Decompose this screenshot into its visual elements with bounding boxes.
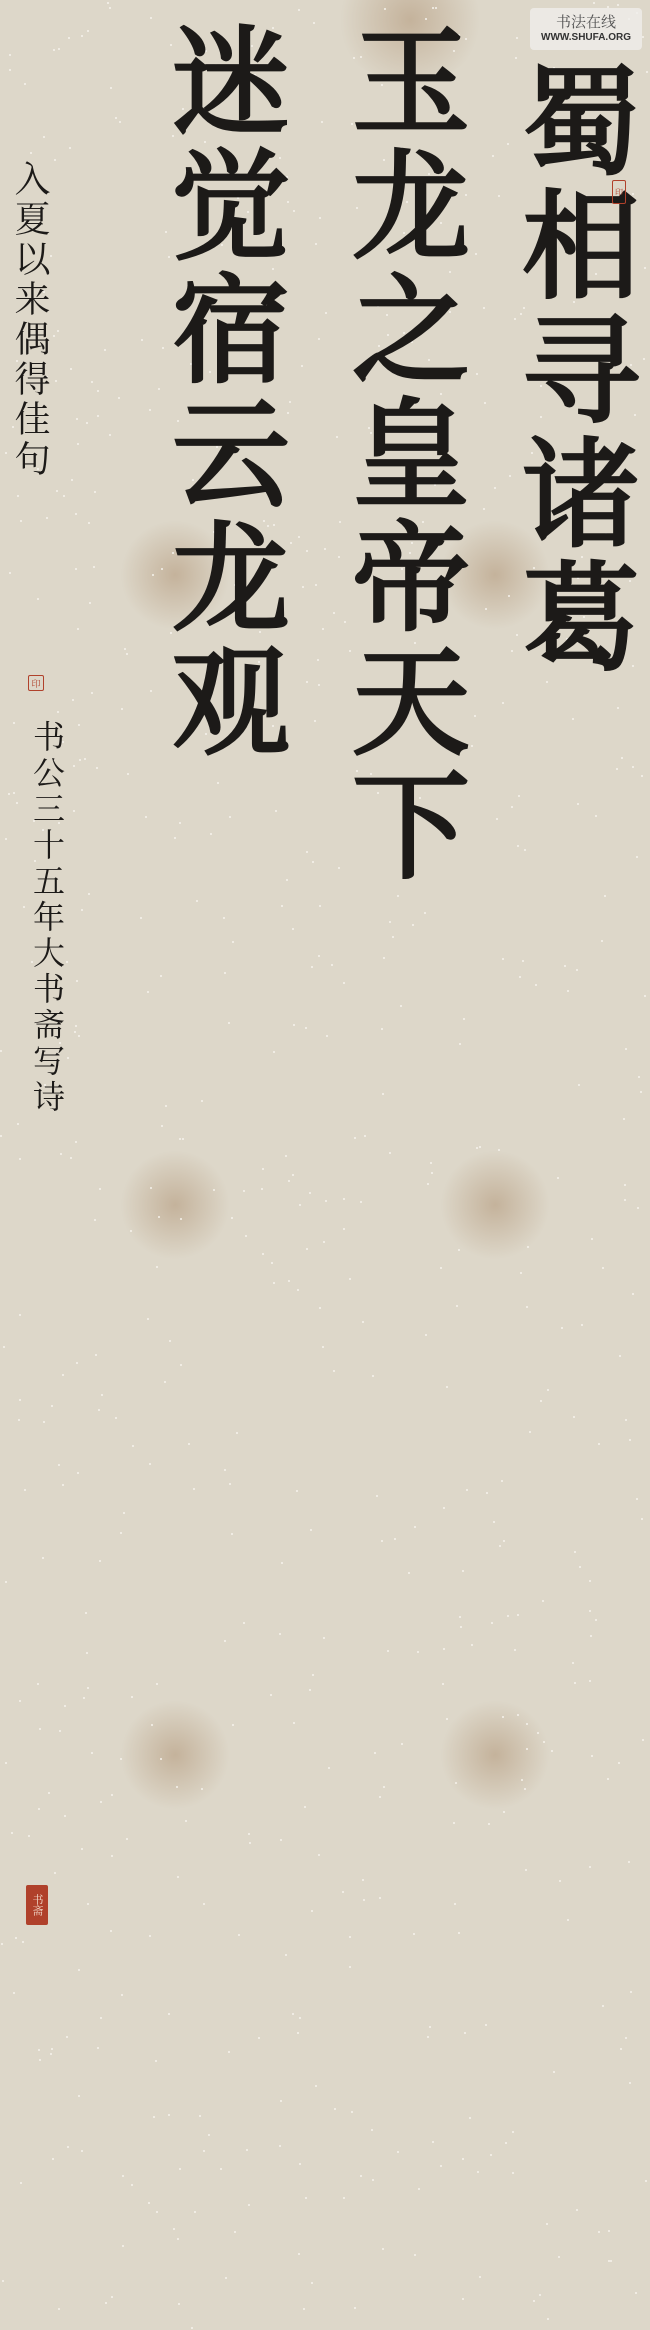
seal-small: 印 <box>28 675 44 691</box>
watermark: 书法在线 WWW.SHUFA.ORG <box>530 8 642 50</box>
calligraphy-column-3: 迷觉宿云龙观 <box>162 20 280 2270</box>
calligraphy-column-1: 蜀相寻诸葛 <box>512 60 630 2310</box>
watermark-title: 书法在线 <box>530 8 642 32</box>
calligraphy-scroll: 书法在线 WWW.SHUFA.ORG 蜀相寻诸葛 玉龙之皇帝天下 迷觉宿云龙观 … <box>0 0 650 2330</box>
watermark-url: WWW.SHUFA.ORG <box>530 32 642 43</box>
calligraphy-column-2: 玉龙之皇帝天下 <box>342 20 460 2270</box>
seal-artist: 书斋 <box>26 1885 48 1925</box>
inscription-line-2: 书公三十五年大书斋写诗 <box>24 720 70 1920</box>
seal-top-right: 印 <box>612 180 626 204</box>
inscription-line-1: 入夏以来偶得佳句 <box>4 160 55 680</box>
